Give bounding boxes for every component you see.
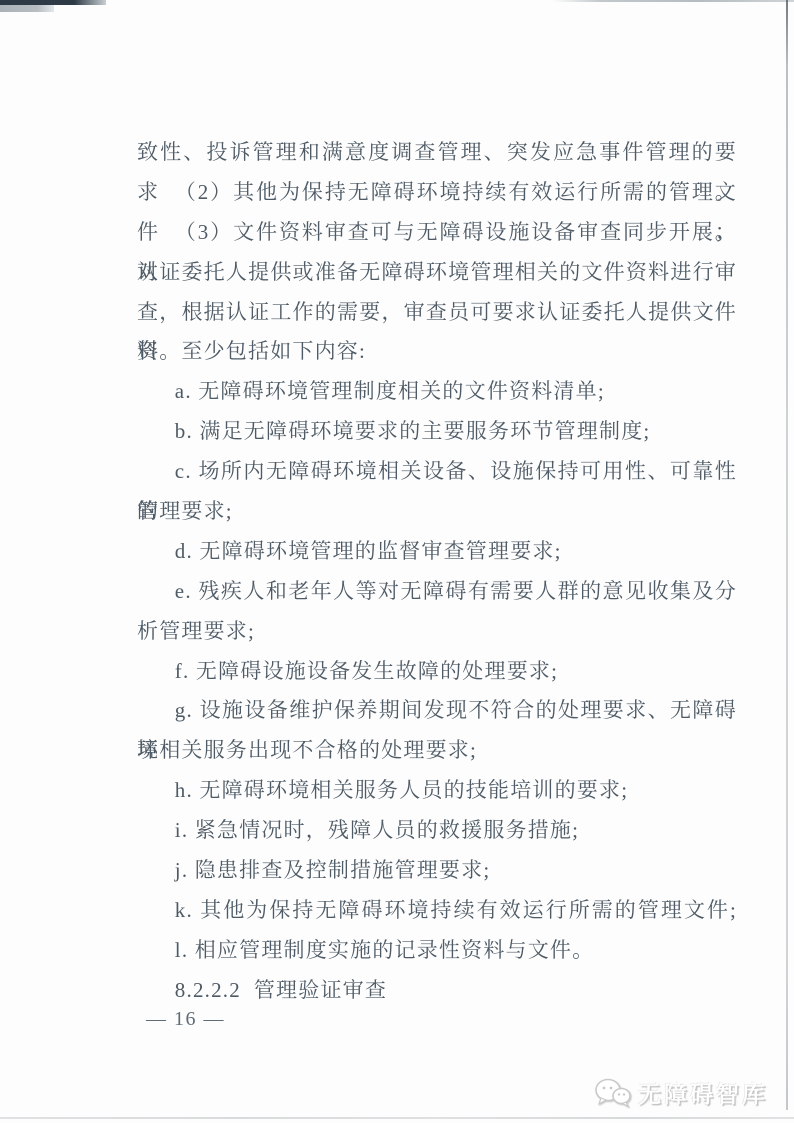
text-line: 料。至少包括如下内容:: [137, 332, 737, 372]
text-line: 认证委托人提供或准备无障碍环境管理相关的文件资料进行审: [137, 253, 737, 293]
scan-edge-right: [786, 0, 788, 1110]
document-body: 致性、投诉管理和满意度调查管理、突发应急事件管理的要求。（2）其他为保持无障碍环…: [137, 133, 737, 1011]
text-line: i. 紧急情况时，残障人员的救援服务措施;: [137, 811, 737, 851]
text-line: 查，根据认证工作的需要，审查员可要求认证委托人提供文件资: [137, 293, 737, 333]
text-line: 管理要求;: [137, 492, 737, 532]
text-line: g. 设施设备维护保养期间发现不符合的处理要求、无障碍环: [137, 691, 737, 731]
scan-edge-bottom: [0, 1117, 794, 1119]
document-page: 致性、投诉管理和满意度调查管理、突发应急事件管理的要求。（2）其他为保持无障碍环…: [0, 0, 794, 1123]
text-line: （3）文件资料审查可与无障碍设施设备审查同步开展；对: [137, 213, 737, 253]
text-line: e. 残疾人和老年人等对无障碍有需要人群的意见收集及分: [137, 572, 737, 612]
watermark: 无障碍智库: [595, 1076, 768, 1109]
text-line: 析管理要求;: [137, 612, 737, 652]
chat-bubbles-icon: [595, 1078, 631, 1108]
text-line: d. 无障碍环境管理的监督审查管理要求;: [137, 532, 737, 572]
text-line: f. 无障碍设施设备发生故障的处理要求;: [137, 652, 737, 692]
text-line: k. 其他为保持无障碍环境持续有效运行所需的管理文件;: [137, 891, 737, 931]
text-line: （2）其他为保持无障碍环境持续有效运行所需的管理文件。: [137, 173, 737, 213]
page-number: — 16 —: [146, 1008, 225, 1031]
text-line: h. 无障碍环境相关服务人员的技能培训的要求;: [137, 771, 737, 811]
text-line: 境相关服务出现不合格的处理要求;: [137, 731, 737, 771]
text-line: 致性、投诉管理和满意度调查管理、突发应急事件管理的要求。: [137, 133, 737, 173]
scan-edge-top: [552, 0, 794, 2]
scan-artifact-gray: [0, 5, 54, 12]
text-line: a. 无障碍环境管理制度相关的文件资料清单;: [137, 372, 737, 412]
watermark-text: 无障碍智库: [638, 1076, 768, 1109]
text-line: c. 场所内无障碍环境相关设备、设施保持可用性、可靠性的: [137, 452, 737, 492]
text-line: 8.2.2.2 管理验证审查: [137, 971, 737, 1011]
text-line: l. 相应管理制度实施的记录性资料与文件。: [137, 931, 737, 971]
text-line: j. 隐患排查及控制措施管理要求;: [137, 851, 737, 891]
text-line: b. 满足无障碍环境要求的主要服务环节管理制度;: [137, 412, 737, 452]
